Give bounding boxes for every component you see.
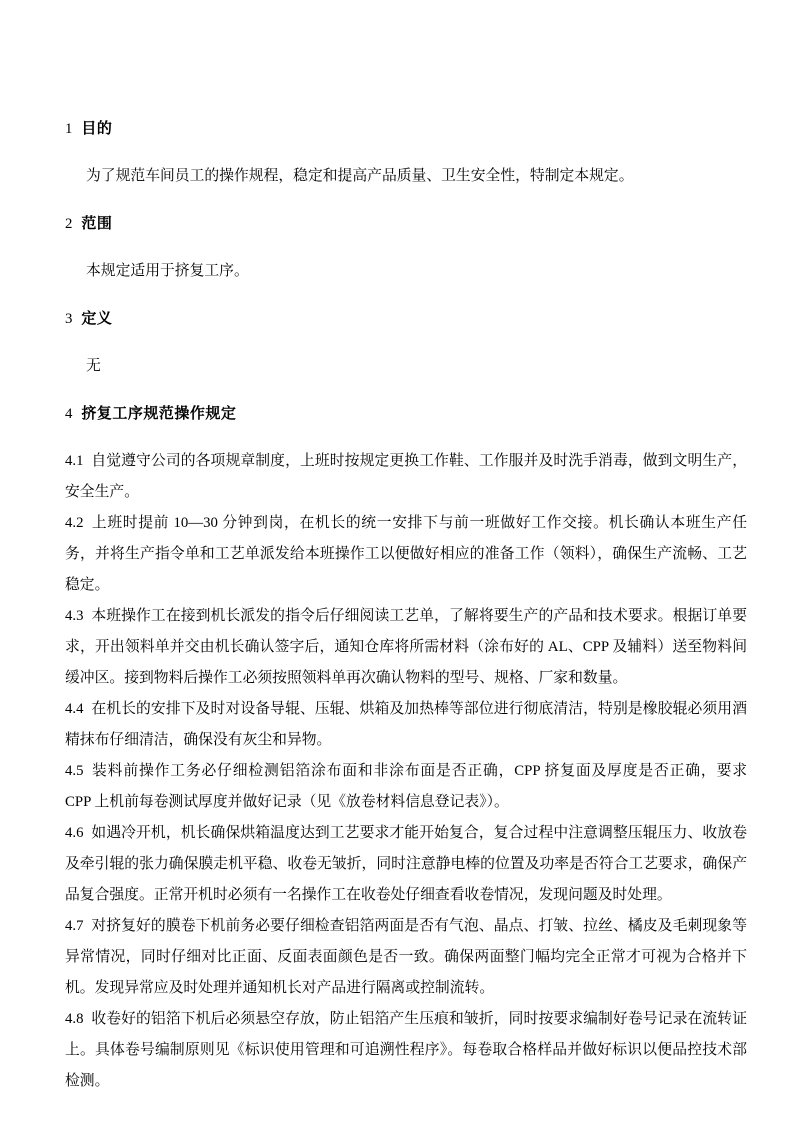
clause-number: 4.2 (65, 515, 84, 531)
clause-number: 4.6 (65, 825, 84, 841)
heading-number: 2 (65, 216, 72, 232)
heading-title: 定义 (81, 309, 112, 327)
clause-text: 本班操作工在接到机长派发的指令后仔细阅读工艺单，了解将要生产的产品和技术要求。根… (65, 608, 747, 686)
purpose-paragraph: 为了规范车间员工的操作规程，稳定和提高产品质量、卫生安全性，特制定本规定。 (65, 161, 747, 192)
clause-text: 上班时提前 10—30 分钟到岗，在机长的统一安排下与前一班做好工作交接。机长确… (65, 515, 747, 593)
clause-4-3: 4.3 本班操作工在接到机长派发的指令后仔细阅读工艺单，了解将要生产的产品和技术… (65, 601, 747, 694)
clause-number: 4.8 (65, 1011, 84, 1027)
clause-4-4: 4.4 在机长的安排下及时对设备导辊、压辊、烘箱及加热棒等部位进行彻底清洁，特别… (65, 694, 747, 756)
clause-text: 自觉遵守公司的各项规章制度，上班时按规定更换工作鞋、工作服并及时洗手消毒，做到文… (65, 453, 747, 500)
clause-number: 4.4 (65, 701, 84, 717)
clause-4-1: 4.1 自觉遵守公司的各项规章制度，上班时按规定更换工作鞋、工作服并及时洗手消毒… (65, 446, 747, 508)
clause-4-7: 4.7 对挤复好的膜卷下机前务必要仔细检查铝箔两面是否有气泡、晶点、打皱、拉丝、… (65, 911, 747, 1004)
definition-paragraph: 无 (65, 351, 747, 382)
heading-number: 3 (65, 311, 72, 327)
clause-4-2: 4.2 上班时提前 10—30 分钟到岗，在机长的统一安排下与前一班做好工作交接… (65, 508, 747, 601)
heading-number: 4 (65, 406, 72, 422)
clause-number: 4.1 (65, 453, 84, 469)
heading-title: 挤复工序规范操作规定 (81, 404, 236, 422)
section-2-heading: 2范围 (65, 208, 747, 240)
clause-text: 如遇冷开机，机长确保烘箱温度达到工艺要求才能开始复合，复合过程中注意调整压辊压力… (65, 825, 747, 903)
document-page: 1目的 为了规范车间员工的操作规程，稳定和提高产品质量、卫生安全性，特制定本规定… (0, 0, 793, 1122)
clause-4-5: 4.5 装料前操作工务必仔细检测铝箔涂布面和非涂布面是否正确，CPP 挤复面及厚… (65, 756, 747, 818)
clause-4-8: 4.8 收卷好的铝箔下机后必须悬空存放，防止铝箔产生压痕和皱折，同时按要求编制好… (65, 1004, 747, 1097)
clause-number: 4.7 (65, 918, 84, 934)
clause-text: 装料前操作工务必仔细检测铝箔涂布面和非涂布面是否正确，CPP 挤复面及厚度是否正… (65, 763, 762, 810)
clause-4-6: 4.6 如遇冷开机，机长确保烘箱温度达到工艺要求才能开始复合，复合过程中注意调整… (65, 818, 747, 911)
heading-title: 范围 (81, 214, 112, 232)
section-3-heading: 3定义 (65, 303, 747, 335)
heading-number: 1 (65, 121, 72, 137)
section-1-heading: 1目的 (65, 113, 747, 145)
section-4-heading: 4挤复工序规范操作规定 (65, 398, 747, 430)
clause-text: 在机长的安排下及时对设备导辊、压辊、烘箱及加热棒等部位进行彻底清洁，特别是橡胶辊… (65, 701, 747, 748)
clause-number: 4.5 (65, 763, 84, 779)
heading-title: 目的 (81, 119, 112, 137)
clause-text: 对挤复好的膜卷下机前务必要仔细检查铝箔两面是否有气泡、晶点、打皱、拉丝、橘皮及毛… (65, 918, 747, 996)
scope-paragraph: 本规定适用于挤复工序。 (65, 256, 747, 287)
clause-text: 收卷好的铝箔下机后必须悬空存放，防止铝箔产生压痕和皱折，同时按要求编制好卷号记录… (65, 1011, 747, 1089)
clause-number: 4.3 (65, 608, 84, 624)
